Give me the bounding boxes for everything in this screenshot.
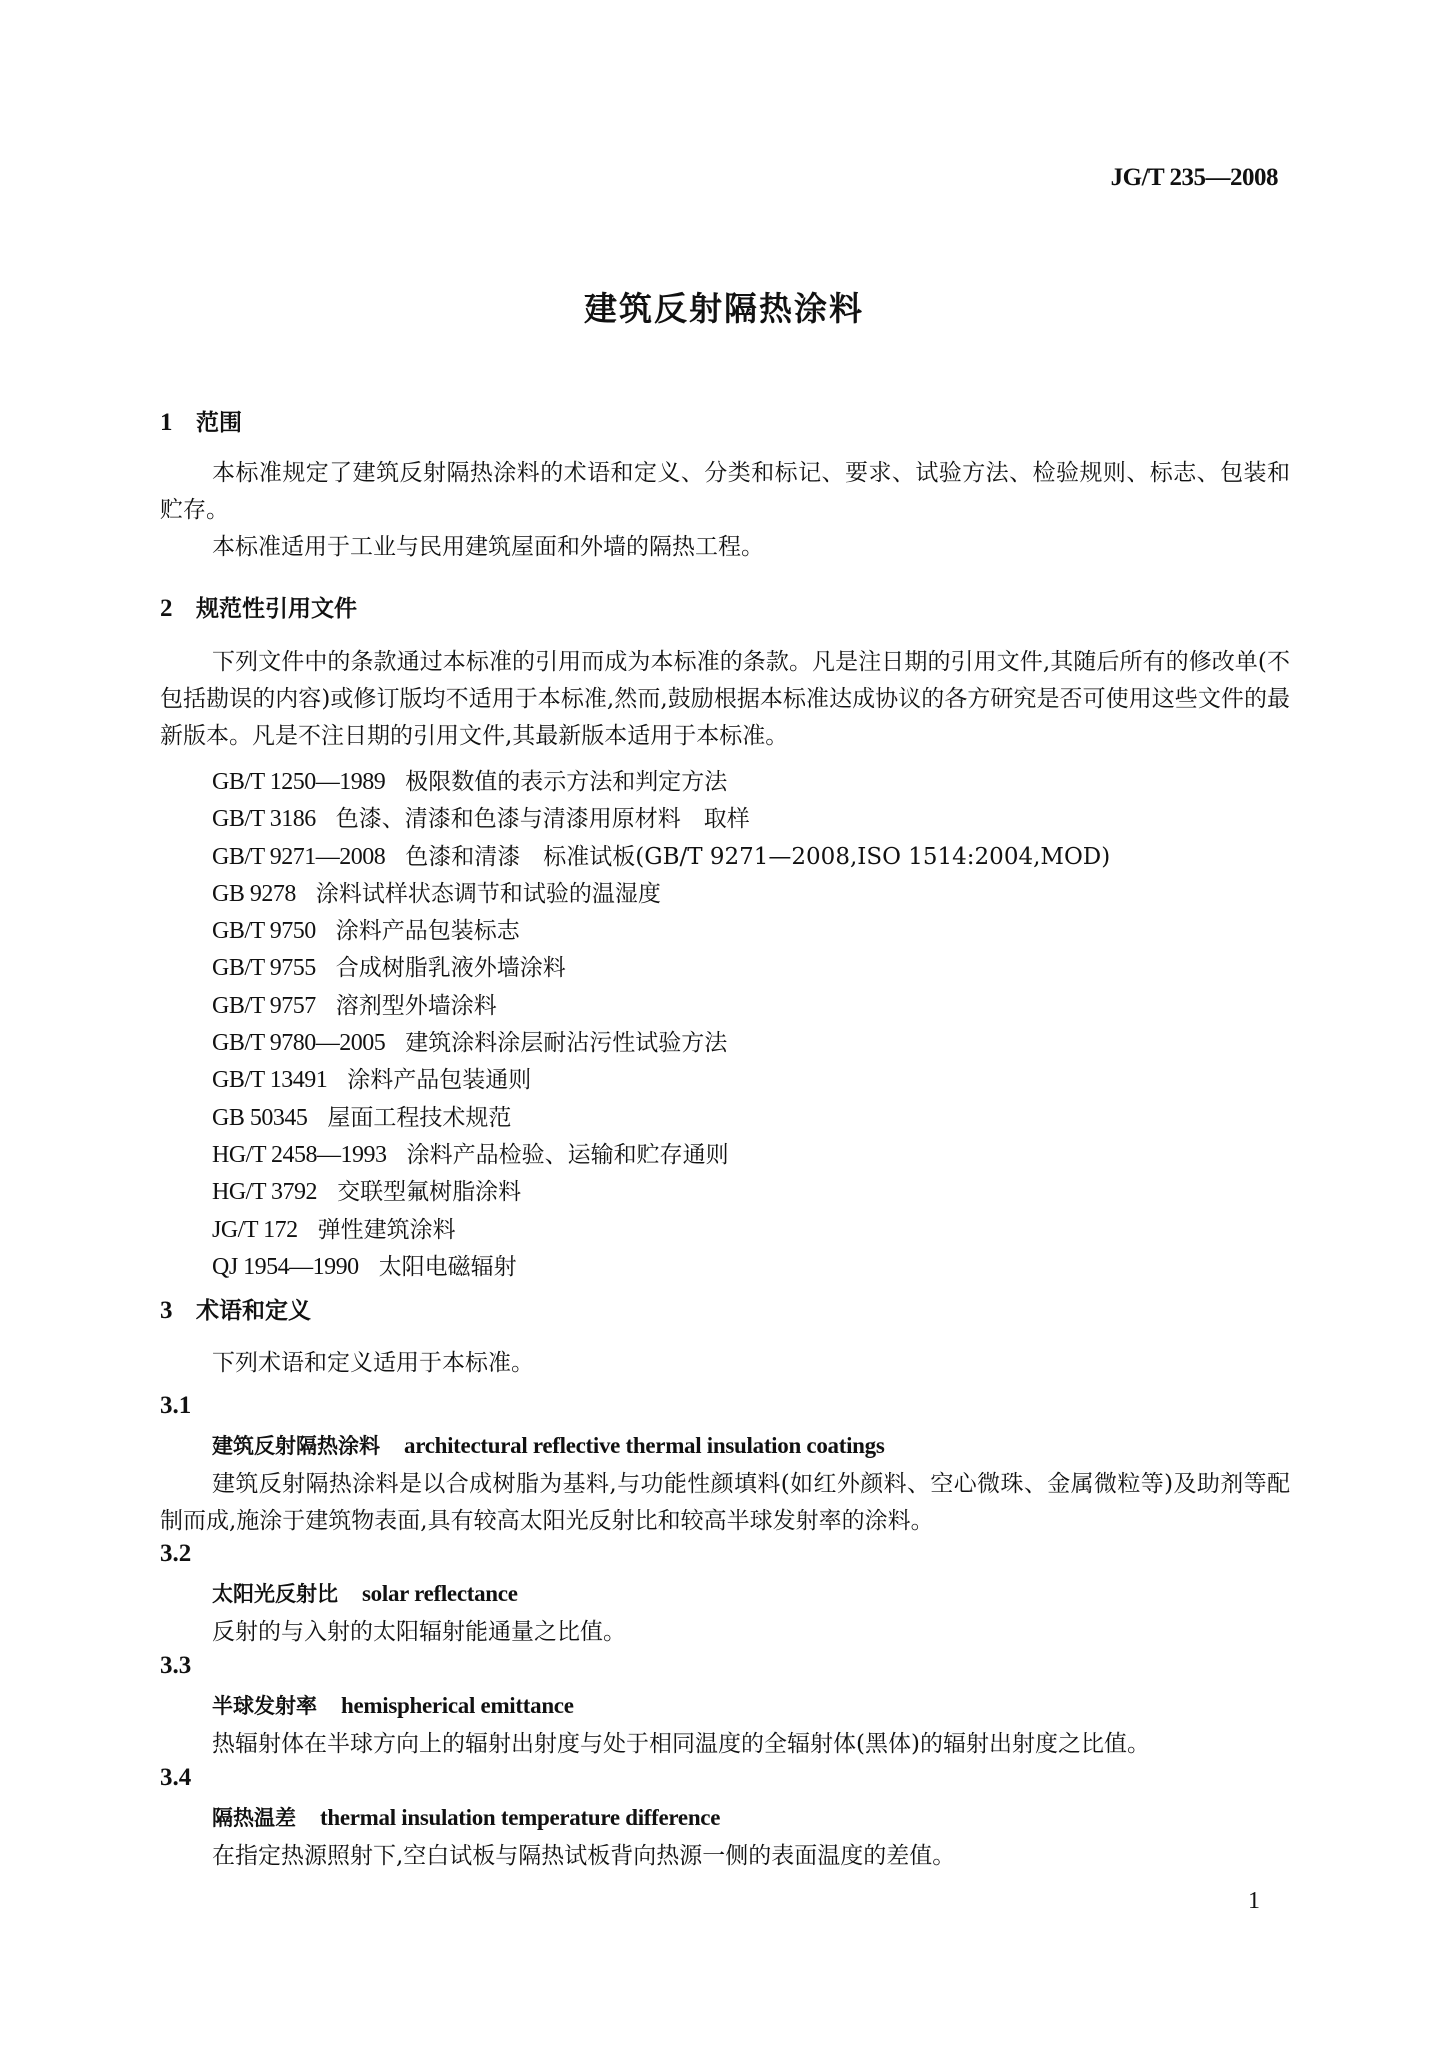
section-heading-terms: 3术语和定义	[160, 1292, 311, 1325]
reference-item: GB/T 9750涂料产品包装标志	[212, 913, 1110, 950]
term-heading: 隔热温差thermal insulation temperature diffe…	[212, 1802, 720, 1832]
clause-number: 3.4	[160, 1764, 191, 1792]
reference-title: 弹性建筑涂料	[318, 1217, 456, 1243]
term-en: solar reflectance	[362, 1581, 518, 1606]
standard-code: JG/T 235—2008	[1111, 164, 1278, 192]
reference-code: GB/T 9757	[212, 993, 316, 1019]
term-zh: 建筑反射隔热涂料	[212, 1434, 380, 1458]
reference-item: GB/T 9755合成树脂乳液外墙涂料	[212, 950, 1110, 987]
reference-item: HG/T 3792交联型氟树脂涂料	[212, 1174, 1110, 1211]
term-en: hemispherical emittance	[341, 1693, 574, 1718]
clause-number: 3.1	[160, 1392, 191, 1420]
section-number: 1	[160, 409, 196, 437]
reference-code: HG/T 2458—1993	[212, 1142, 387, 1168]
terms-intro: 下列术语和定义适用于本标准。	[160, 1345, 1290, 1382]
term-definition: 热辐射体在半球方向上的辐射出射度与处于相同温度的全辐射体(黑体)的辐射出射度之比…	[160, 1726, 1290, 1763]
section-title: 范围	[196, 410, 242, 436]
reference-code: GB/T 13491	[212, 1067, 327, 1093]
reference-title: 涂料试样状态调节和试验的温湿度	[316, 881, 661, 907]
section-heading-scope: 1范围	[160, 404, 242, 437]
reference-code: QJ 1954—1990	[212, 1254, 359, 1280]
reference-item: GB/T 9271—2008色漆和清漆 标准试板(GB/T 9271—2008,…	[212, 839, 1110, 876]
reference-code: JG/T 172	[212, 1217, 298, 1243]
section-number: 2	[160, 595, 196, 623]
page-number: 1	[1248, 1888, 1260, 1915]
reference-code: GB/T 9750	[212, 918, 316, 944]
reference-list: GB/T 1250—1989极限数值的表示方法和判定方法 GB/T 3186色漆…	[212, 764, 1110, 1286]
reference-code: GB 50345	[212, 1105, 307, 1131]
reference-code: GB/T 3186	[212, 806, 316, 832]
reference-item: GB 9278涂料试样状态调节和试验的温湿度	[212, 876, 1110, 913]
reference-item: GB/T 9780—2005建筑涂料涂层耐沾污性试验方法	[212, 1025, 1110, 1062]
term-definition: 在指定热源照射下,空白试板与隔热试板背向热源一侧的表面温度的差值。	[160, 1838, 1290, 1875]
term-en: architectural reflective thermal insulat…	[404, 1433, 885, 1458]
reference-title: 溶剂型外墙涂料	[336, 993, 497, 1019]
term-definition: 建筑反射隔热涂料是以合成树脂为基料,与功能性颜填料(如红外颜料、空心微珠、金属微…	[160, 1466, 1290, 1540]
term-heading: 建筑反射隔热涂料architectural reflective thermal…	[212, 1430, 885, 1460]
term-zh: 半球发射率	[212, 1694, 317, 1718]
document-page: JG/T 235—2008 建筑反射隔热涂料 1范围 本标准规定了建筑反射隔热涂…	[0, 0, 1448, 2048]
reference-title: 涂料产品检验、运输和贮存通则	[407, 1142, 729, 1168]
reference-code: GB/T 1250—1989	[212, 769, 385, 795]
term-heading: 太阳光反射比solar reflectance	[212, 1578, 518, 1608]
reference-title: 太阳电磁辐射	[379, 1254, 517, 1280]
document-title: 建筑反射隔热涂料	[0, 283, 1448, 330]
reference-item: GB/T 9757溶剂型外墙涂料	[212, 988, 1110, 1025]
reference-title: 屋面工程技术规范	[327, 1105, 511, 1131]
reference-item: GB 50345屋面工程技术规范	[212, 1100, 1110, 1137]
reference-code: GB 9278	[212, 881, 296, 907]
term-en: thermal insulation temperature differenc…	[320, 1805, 720, 1830]
references-intro: 下列文件中的条款通过本标准的引用而成为本标准的条款。凡是注日期的引用文件,其随后…	[160, 644, 1290, 755]
reference-code: GB/T 9780—2005	[212, 1030, 385, 1056]
reference-title: 涂料产品包装标志	[336, 918, 520, 944]
section-number: 3	[160, 1297, 196, 1325]
section-title: 规范性引用文件	[196, 596, 357, 622]
term-definition: 反射的与入射的太阳辐射能通量之比值。	[160, 1614, 1290, 1651]
reference-title: 色漆、清漆和色漆与清漆用原材料 取样	[336, 806, 750, 832]
reference-item: QJ 1954—1990太阳电磁辐射	[212, 1249, 1110, 1286]
reference-title: 极限数值的表示方法和判定方法	[405, 769, 727, 795]
scope-paragraph-2: 本标准适用于工业与民用建筑屋面和外墙的隔热工程。	[160, 529, 1290, 566]
term-heading: 半球发射率hemispherical emittance	[212, 1690, 574, 1720]
reference-title: 合成树脂乳液外墙涂料	[336, 955, 566, 981]
reference-item: GB/T 1250—1989极限数值的表示方法和判定方法	[212, 764, 1110, 801]
scope-paragraph-1: 本标准规定了建筑反射隔热涂料的术语和定义、分类和标记、要求、试验方法、检验规则、…	[160, 455, 1290, 529]
clause-number: 3.3	[160, 1652, 191, 1680]
clause-number: 3.2	[160, 1540, 191, 1568]
section-heading-normative-references: 2规范性引用文件	[160, 590, 357, 623]
reference-code: HG/T 3792	[212, 1179, 317, 1205]
reference-title: 涂料产品包装通则	[347, 1067, 531, 1093]
reference-item: GB/T 13491涂料产品包装通则	[212, 1062, 1110, 1099]
term-zh: 隔热温差	[212, 1806, 296, 1830]
term-zh: 太阳光反射比	[212, 1582, 338, 1606]
reference-item: HG/T 2458—1993涂料产品检验、运输和贮存通则	[212, 1137, 1110, 1174]
reference-item: JG/T 172弹性建筑涂料	[212, 1212, 1110, 1249]
reference-title: 建筑涂料涂层耐沾污性试验方法	[405, 1030, 727, 1056]
reference-code: GB/T 9755	[212, 955, 316, 981]
reference-code: GB/T 9271—2008	[212, 844, 385, 870]
reference-title: 交联型氟树脂涂料	[337, 1179, 521, 1205]
section-title: 术语和定义	[196, 1298, 311, 1324]
reference-title: 色漆和清漆 标准试板(GB/T 9271—2008,ISO 1514:2004,…	[405, 844, 1110, 870]
reference-item: GB/T 3186色漆、清漆和色漆与清漆用原材料 取样	[212, 801, 1110, 838]
